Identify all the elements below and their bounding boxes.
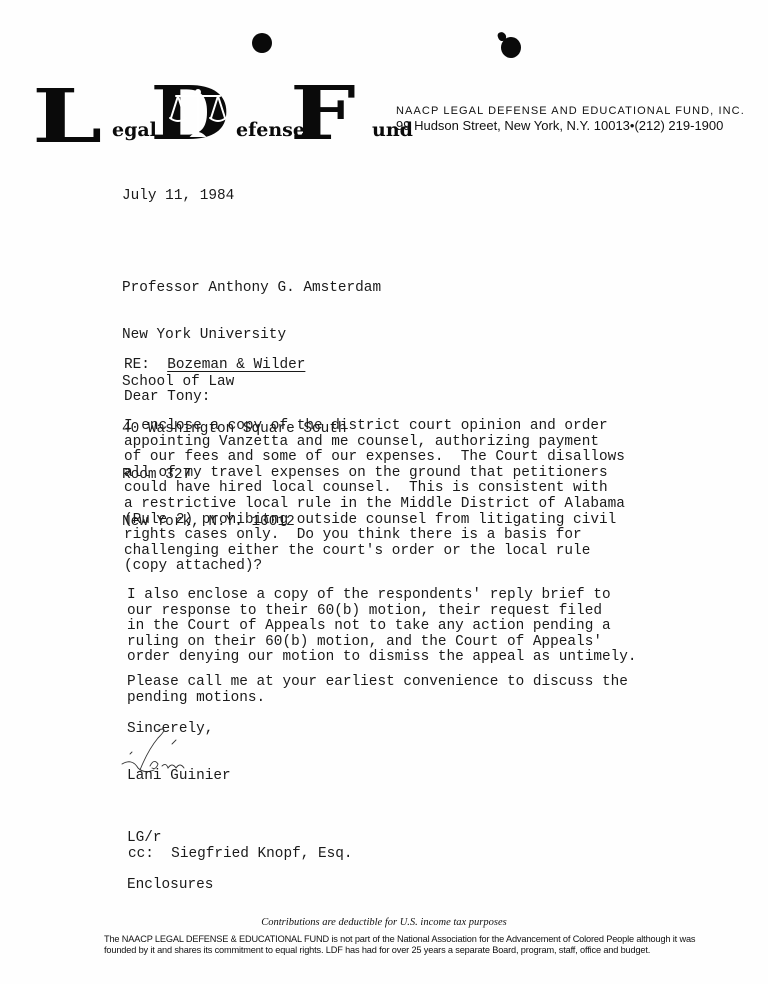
signer-name: Lani Guinier — [127, 769, 231, 785]
letter-date: July 11, 1984 — [122, 189, 234, 205]
logo-letter-l: L — [32, 80, 100, 154]
body-paragraph: Please call me at your earliest convenie… — [127, 675, 628, 706]
letterhead-org-info: NAACP LEGAL DEFENSE AND EDUCATIONAL FUND… — [396, 104, 745, 134]
org-name: NAACP LEGAL DEFENSE AND EDUCATIONAL FUND… — [396, 104, 745, 118]
re-subject: Bozeman & Wilder — [167, 357, 305, 373]
letter-page: L egal D efense F und NAACP LEGAL DEFENS… — [0, 0, 768, 984]
body-paragraph: I enclose a copy of the district court o… — [124, 419, 625, 575]
recipient-line: School of Law — [122, 375, 381, 391]
recipient-line: New York University — [122, 328, 381, 344]
body-paragraph: I also enclose a copy of the respondents… — [127, 588, 637, 666]
re-label: RE: — [124, 357, 167, 373]
recipient-line: Professor Anthony G. Amsterdam — [122, 281, 381, 297]
logo-letter-f: F — [290, 77, 356, 151]
enclosures-note: Enclosures — [127, 878, 213, 894]
punch-hole — [501, 37, 521, 58]
footer-disclaimer: The NAACP LEGAL DEFENSE & EDUCATIONAL FU… — [104, 934, 704, 956]
salutation: Dear Tony: — [124, 390, 210, 406]
typist-initials: LG/r — [127, 831, 213, 847]
scales-of-justice-icon — [168, 88, 228, 140]
re-line: RE: Bozeman & Wilder — [124, 358, 305, 374]
punch-hole — [252, 33, 272, 53]
org-address: 99 Hudson Street, New York, N.Y. 10013•(… — [396, 118, 745, 134]
cc-line: cc: Siegfried Knopf, Esq. — [128, 847, 353, 863]
tax-deductible-note: Contributions are deductible for U.S. in… — [0, 917, 768, 928]
ldf-logo: L egal D efense F und — [32, 80, 382, 142]
